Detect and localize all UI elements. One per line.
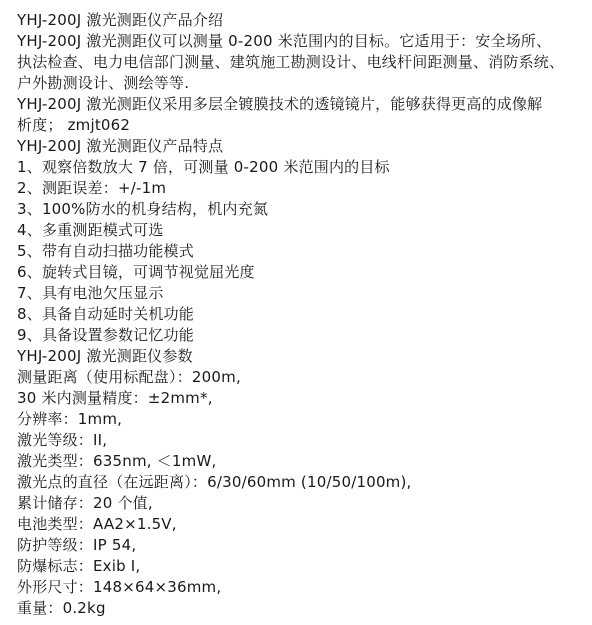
spec-item: 外形尺寸：148×64×36mm, — [17, 577, 587, 598]
spec-item: 激光类型：635nm, ＜1mW, — [17, 451, 587, 472]
intro-paragraph-1-line-1: YHJ-200J 激光测距仪可以测量 0-200 米范围内的目标。它适用于：安全… — [17, 31, 587, 52]
feature-item: 1、观察倍数放大 7 倍，可测量 0-200 米范围内的目标 — [17, 157, 587, 178]
intro-title: YHJ-200J 激光测距仪产品介绍 — [17, 10, 587, 31]
spec-item: 防护等级：IP 54, — [17, 535, 587, 556]
spec-item: 30 米内测量精度：±2mm*, — [17, 388, 587, 409]
intro-paragraph-1-line-3: 户外勘测设计、测绘等等. — [17, 73, 587, 94]
spec-item: 电池类型：AA2×1.5V, — [17, 514, 587, 535]
feature-item: 7、具有电池欠压显示 — [17, 283, 587, 304]
intro-paragraph-1-line-2: 执法检查、电力电信部门测量、建筑施工勘测设计、电线杆间距测量、消防系统、 — [17, 52, 587, 73]
features-title: YHJ-200J 激光测距仪产品特点 — [17, 136, 587, 157]
feature-item: 3、100%防水的机身结构，机内充氮 — [17, 199, 587, 220]
feature-item: 8、具备自动延时关机功能 — [17, 304, 587, 325]
feature-item: 5、带有自动扫描功能模式 — [17, 241, 587, 262]
product-document: YHJ-200J 激光测距仪产品介绍 YHJ-200J 激光测距仪可以测量 0-… — [17, 10, 587, 619]
feature-item: 4、多重测距模式可选 — [17, 220, 587, 241]
intro-paragraph-2-line-1: YHJ-200J 激光测距仪采用多层全镀膜技术的透镜镜片，能够获得更高的成像解 — [17, 94, 587, 115]
feature-item: 2、测距误差：+/-1m — [17, 178, 587, 199]
spec-item: 防爆标志：Exib I, — [17, 556, 587, 577]
intro-paragraph-2-line-2: 析度； zmjt062 — [17, 115, 587, 136]
feature-item: 6、旋转式目镜，可调节视觉屈光度 — [17, 262, 587, 283]
specs-title: YHJ-200J 激光测距仪参数 — [17, 346, 587, 367]
spec-item: 累计储存：20 个值, — [17, 493, 587, 514]
feature-item: 9、具备设置参数记忆功能 — [17, 325, 587, 346]
spec-item: 激光等级：II, — [17, 430, 587, 451]
spec-item: 激光点的直径（在远距离）：6/30/60mm (10/50/100m), — [17, 472, 587, 493]
spec-item: 测量距离（使用标配盘）：200m, — [17, 367, 587, 388]
spec-item: 分辨率：1mm, — [17, 409, 587, 430]
spec-item: 重量：0.2kg — [17, 598, 587, 619]
